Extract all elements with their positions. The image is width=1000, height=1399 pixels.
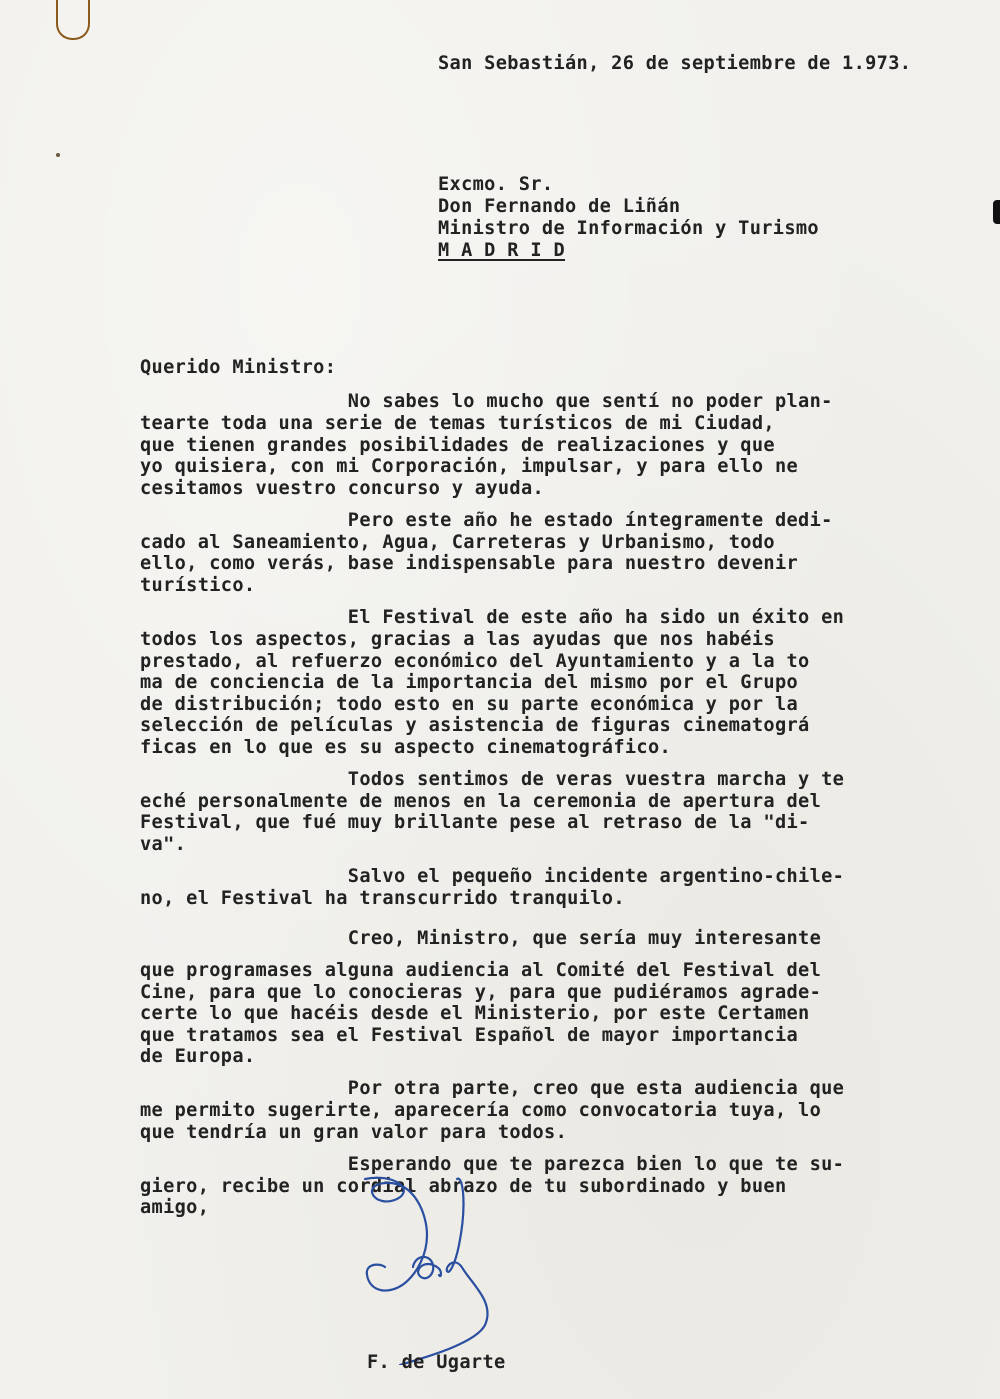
- paragraph-7-line-5: de Europa.: [140, 1046, 255, 1068]
- paragraph-2-line-1: Pero este año he estado íntegramente ded…: [140, 510, 833, 532]
- recipient-title: Ministro de Información y Turismo: [438, 218, 819, 240]
- handwritten-signature-icon: [355, 1175, 515, 1365]
- recipient-name: Don Fernando de Liñán: [438, 196, 680, 218]
- paragraph-3-line-3: prestado, al refuerzo económico del Ayun…: [140, 651, 810, 673]
- paragraph-1-line-3: que tienen grandes posibilidades de real…: [140, 435, 775, 457]
- paragraph-3-line-2: todos los aspectos, gracias a las ayudas…: [140, 629, 775, 651]
- paragraph-6-line-1: Creo, Ministro, que sería muy interesant…: [140, 928, 821, 950]
- paragraph-4-line-2: eché personalmente de menos en la ceremo…: [140, 791, 821, 813]
- recipient-honorific: Excmo. Sr.: [438, 174, 553, 196]
- paragraph-3-line-6: selección de películas y asistencia de f…: [140, 715, 810, 737]
- staple-mark: [56, 0, 90, 40]
- paragraph-2-line-2: cado al Saneamiento, Agua, Carreteras y …: [140, 532, 775, 554]
- paragraph-1-line-4: yo quisiera, con mi Corporación, impulsa…: [140, 456, 798, 478]
- paragraph-7-line-4: que tratamos sea el Festival Español de …: [140, 1025, 798, 1047]
- recipient-city: M A D R I D: [438, 240, 565, 262]
- signature-name: F. de Ugarte: [367, 1352, 506, 1374]
- paragraph-4-line-1: Todos sentimos de veras vuestra marcha y…: [140, 769, 844, 791]
- salutation: Querido Ministro:: [140, 357, 336, 379]
- paragraph-3-line-4: ma de conciencia de la importancia del m…: [140, 672, 798, 694]
- paragraph-8-line-2: me permito sugerirte, aparecería como co…: [140, 1100, 821, 1122]
- paragraph-4-line-4: va".: [140, 834, 186, 856]
- paragraph-3-line-7: ficas en lo que es su aspecto cinematogr…: [140, 737, 671, 759]
- paragraph-3-line-1: El Festival de este año ha sido un éxito…: [140, 607, 844, 629]
- letter-page: San Sebastián, 26 de septiembre de 1.973…: [0, 0, 1000, 1399]
- paragraph-8-line-3: que tendría un gran valor para todos.: [140, 1122, 567, 1144]
- paragraph-1-line-5: cesitamos vuestro concurso y ayuda.: [140, 478, 544, 500]
- paragraph-1-line-2: tearte toda una serie de temas turístico…: [140, 413, 775, 435]
- paragraph-5-line-2: no, el Festival ha transcurrido tranquil…: [140, 888, 625, 910]
- paragraph-9-line-1: Esperando que te parezca bien lo que te …: [140, 1154, 844, 1176]
- paragraph-8-line-1: Por otra parte, creo que esta audiencia …: [140, 1078, 844, 1100]
- paper-speck: [56, 153, 60, 157]
- paragraph-7-line-3: certe lo que hacéis desde el Ministerio,…: [140, 1003, 810, 1025]
- date-line: San Sebastián, 26 de septiembre de 1.973…: [438, 53, 911, 75]
- edge-blot: [993, 200, 1000, 224]
- paragraph-2-line-4: turístico.: [140, 575, 255, 597]
- paragraph-7-line-1: que programases alguna audiencia al Comi…: [140, 960, 821, 982]
- paragraph-1-line-1: No sabes lo mucho que sentí no poder pla…: [140, 391, 833, 413]
- paragraph-9-line-3: amigo,: [140, 1197, 209, 1219]
- paragraph-7-line-2: Cine, para que lo conocieras y, para que…: [140, 982, 821, 1004]
- paragraph-2-line-3: ello, como verás, base indispensable par…: [140, 553, 798, 575]
- paragraph-3-line-5: de distribución; todo esto en su parte e…: [140, 694, 798, 716]
- paragraph-5-line-1: Salvo el pequeño incidente argentino-chi…: [140, 866, 844, 888]
- paragraph-4-line-3: Festival, que fué muy brillante pese al …: [140, 812, 810, 834]
